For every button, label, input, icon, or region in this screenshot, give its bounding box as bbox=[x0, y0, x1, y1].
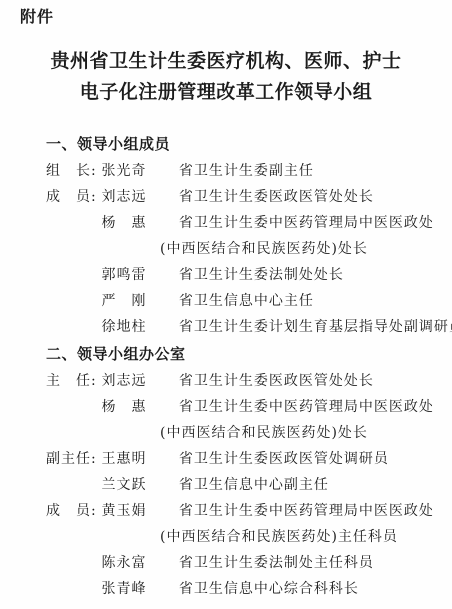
member-name: 王惠明 bbox=[101, 446, 149, 472]
member-name: 兰文跃 bbox=[101, 472, 149, 498]
section-1-heading: 一、领导小组成员 bbox=[46, 130, 446, 158]
member-title: 省卫生计生委法制处处长 bbox=[179, 262, 344, 288]
title-line-2: 电子化注册管理改革工作领导小组 bbox=[0, 77, 452, 108]
member-row: 张青峰 省卫生信息中心综合科科长 bbox=[46, 576, 446, 602]
member-row-continuation: (中西医结合和民族医药处)主任科员 bbox=[46, 524, 446, 550]
section-2-heading: 二、领导小组办公室 bbox=[46, 340, 446, 368]
member-row-continuation: (中西医结合和民族医药处)处长 bbox=[46, 236, 446, 262]
member-name: 郭鸣雷 bbox=[101, 262, 149, 288]
member-row: 陈永富 省卫生计生委法制处主任科员 bbox=[46, 550, 446, 576]
member-title: 省卫生信息中心主任 bbox=[179, 288, 314, 314]
document-body: 一、领导小组成员 组 长: 张光奇 省卫生计生委副主任 成 员: 刘志远 省卫生… bbox=[46, 130, 446, 602]
attachment-label: 附件 bbox=[20, 4, 54, 27]
member-row: 杨 惠 省卫生计生委中医药管理局中医医政处 bbox=[46, 210, 446, 236]
member-title-continuation: (中西医结合和民族医药处)主任科员 bbox=[160, 524, 398, 550]
role-label: 成 员: bbox=[46, 184, 94, 210]
role-label: 组 长: bbox=[46, 158, 94, 184]
member-title: 省卫生信息中心副主任 bbox=[179, 472, 329, 498]
member-name: 严 刚 bbox=[101, 288, 149, 314]
member-title: 省卫生计生委法制处主任科员 bbox=[179, 550, 374, 576]
member-row: 成 员: 黄玉娟 省卫生计生委中医药管理局中医医政处 bbox=[46, 498, 446, 524]
member-name: 杨 惠 bbox=[101, 210, 149, 236]
title-line-1: 贵州省卫生计生委医疗机构、医师、护士 bbox=[0, 46, 452, 77]
member-title: 省卫生信息中心综合科科长 bbox=[179, 576, 359, 602]
role-label: 副主任: bbox=[46, 446, 94, 472]
member-row-continuation: (中西医结合和民族医药处)处长 bbox=[46, 420, 446, 446]
member-name: 刘志远 bbox=[101, 368, 149, 394]
member-name: 杨 惠 bbox=[101, 394, 149, 420]
member-name: 张青峰 bbox=[101, 576, 149, 602]
member-title: 省卫生计生委计划生育基层指导处副调研员 bbox=[179, 314, 452, 340]
member-row: 杨 惠 省卫生计生委中医药管理局中医医政处 bbox=[46, 394, 446, 420]
member-title: 省卫生计生委中医药管理局中医医政处 bbox=[179, 210, 434, 236]
role-label: 主 任: bbox=[46, 368, 94, 394]
member-name: 陈永富 bbox=[101, 550, 149, 576]
member-title-continuation: (中西医结合和民族医药处)处长 bbox=[160, 236, 368, 262]
member-title: 省卫生计生委医政医管处调研员 bbox=[179, 446, 389, 472]
member-row: 徐地柱 省卫生计生委计划生育基层指导处副调研员 bbox=[46, 314, 446, 340]
member-title: 省卫生计生委中医药管理局中医医政处 bbox=[179, 498, 434, 524]
member-name: 张光奇 bbox=[101, 158, 149, 184]
member-row: 成 员: 刘志远 省卫生计生委医政医管处处长 bbox=[46, 184, 446, 210]
member-row: 严 刚 省卫生信息中心主任 bbox=[46, 288, 446, 314]
member-name: 黄玉娟 bbox=[101, 498, 149, 524]
member-row: 兰文跃 省卫生信息中心副主任 bbox=[46, 472, 446, 498]
document-title: 贵州省卫生计生委医疗机构、医师、护士 电子化注册管理改革工作领导小组 bbox=[0, 46, 452, 108]
role-label: 成 员: bbox=[46, 498, 94, 524]
member-title: 省卫生计生委中医药管理局中医医政处 bbox=[179, 394, 434, 420]
member-row: 副主任: 王惠明 省卫生计生委医政医管处调研员 bbox=[46, 446, 446, 472]
member-title: 省卫生计生委副主任 bbox=[179, 158, 314, 184]
member-row: 郭鸣雷 省卫生计生委法制处处长 bbox=[46, 262, 446, 288]
member-row: 组 长: 张光奇 省卫生计生委副主任 bbox=[46, 158, 446, 184]
member-title-continuation: (中西医结合和民族医药处)处长 bbox=[160, 420, 368, 446]
member-name: 刘志远 bbox=[101, 184, 149, 210]
member-title: 省卫生计生委医政医管处处长 bbox=[179, 368, 374, 394]
document-page: 附件 贵州省卫生计生委医疗机构、医师、护士 电子化注册管理改革工作领导小组 一、… bbox=[0, 0, 452, 609]
member-title: 省卫生计生委医政医管处处长 bbox=[179, 184, 374, 210]
member-row: 主 任: 刘志远 省卫生计生委医政医管处处长 bbox=[46, 368, 446, 394]
member-name: 徐地柱 bbox=[101, 314, 149, 340]
